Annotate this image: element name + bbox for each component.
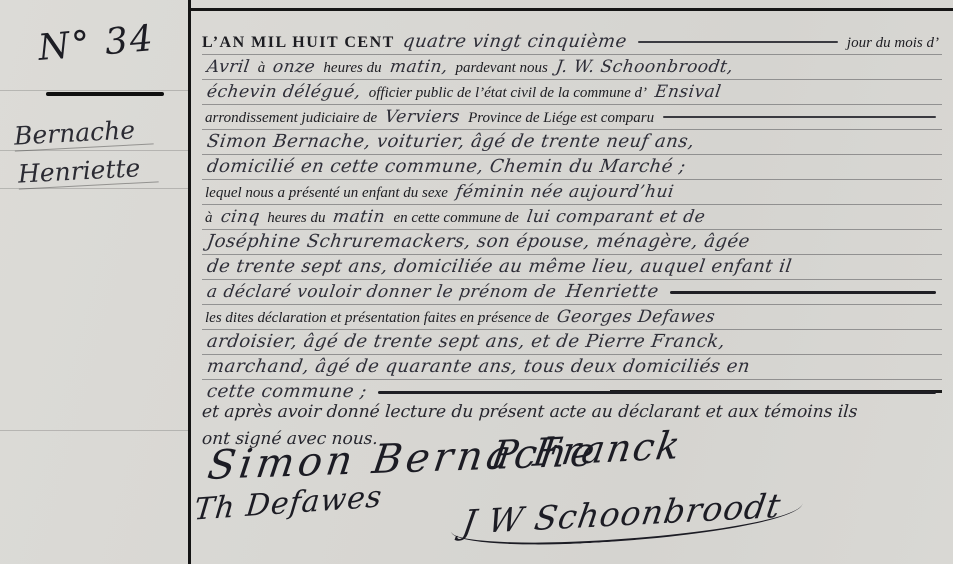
hw-officer-title: échevin délégué, bbox=[200, 80, 367, 104]
fill-stroke bbox=[670, 291, 936, 294]
act-line-officer: échevin délégué, officier public de l’ét… bbox=[202, 80, 942, 105]
hw-commune-name: Ensival bbox=[648, 80, 728, 104]
hw-mother: Joséphine Schruremackers, son épouse, mé… bbox=[200, 230, 756, 254]
printed-at2: à bbox=[202, 206, 216, 230]
signature-witness1: P Franck bbox=[489, 423, 685, 477]
act-body: L’AN MIL HUIT CENT quatre vingt cinquièm… bbox=[202, 30, 942, 404]
hw-officer-name: J. W. Schoonbroodt, bbox=[549, 55, 740, 79]
margin-separator-bar bbox=[46, 92, 164, 96]
hw-year: quatre vingt cinquième bbox=[396, 30, 633, 54]
printed-in-commune: en cette commune de bbox=[390, 206, 521, 230]
hw-child-name: Henriette bbox=[560, 280, 666, 304]
hw-sex-born: féminin née aujourd’hui bbox=[449, 180, 680, 204]
act-line-given-name: a déclaré vouloir donner le prénom de He… bbox=[202, 280, 942, 305]
top-border-rule bbox=[191, 8, 953, 11]
printed-province-appeared: Province de Liége est comparu bbox=[465, 106, 657, 130]
act-number: N° 34 bbox=[36, 16, 179, 69]
signature-officer: J W Schoonbroodt bbox=[448, 485, 806, 551]
printed-officer-public: officier public de l’état civil de la co… bbox=[366, 81, 650, 105]
hw-witness1-name: Georges Defawes bbox=[550, 305, 721, 329]
printed-witness-intro: les dites déclaration et présentation fa… bbox=[202, 306, 552, 330]
printed-before-us: pardevant nous bbox=[452, 56, 550, 80]
margin-surname: Bernache bbox=[13, 114, 153, 151]
fill-stroke bbox=[663, 116, 936, 118]
act-line-year: L’AN MIL HUIT CENT quatre vingt cinquièm… bbox=[202, 30, 942, 55]
hw-birth-morning: matin bbox=[327, 205, 392, 229]
act-line-witness2: marchand, âgé de quarante ans, tous deux… bbox=[202, 355, 942, 380]
hw-declarant-address: domicilié en cette commune, Chemin du Ma… bbox=[200, 155, 692, 179]
act-line-mother: Joséphine Schruremackers, son épouse, mé… bbox=[202, 230, 942, 255]
act-line-declarant-address: domicilié en cette commune, Chemin du Ma… bbox=[202, 155, 942, 180]
fill-stroke bbox=[378, 391, 936, 394]
hw-declared-name-label: a déclaré vouloir donner le prénom de bbox=[200, 280, 563, 304]
act-line-declarant: Simon Bernache, voiturier, âgé de trente… bbox=[202, 130, 942, 155]
act-line-witness1: ardoisier, âgé de trente sept ans, et de… bbox=[202, 330, 942, 355]
hw-witness1-details: ardoisier, âgé de trente sept ans, et de… bbox=[200, 330, 731, 354]
printed-day-label: jour du mois d’ bbox=[844, 31, 942, 55]
fill-stroke bbox=[638, 41, 838, 43]
margin-firstname: Henriette bbox=[17, 152, 159, 189]
act-line-date-time: Avril à onze heures du matin, pardevant … bbox=[202, 55, 942, 80]
printed-judicial-district: arrondissement judiciaire de bbox=[202, 106, 380, 130]
hw-declarant: Simon Bernache, voiturier, âgé de trente… bbox=[200, 130, 701, 154]
printed-hours: heures du bbox=[320, 56, 384, 80]
hw-morning: matin, bbox=[383, 55, 454, 79]
hw-mother-age: de trente sept ans, domiciliée au même l… bbox=[200, 255, 798, 279]
hw-hour: onze bbox=[267, 55, 323, 79]
printed-year-prefix: L’AN MIL HUIT CENT bbox=[202, 31, 398, 55]
civil-register-scan: N° 34 Bernache Henriette L’AN MIL HUIT C… bbox=[0, 0, 953, 564]
printed-hours2: heures du bbox=[264, 206, 328, 230]
act-line-child-sex: lequel nous a présenté un enfant du sexe… bbox=[202, 180, 942, 205]
hw-birth-hour: cinq bbox=[214, 205, 266, 229]
margin-divider-rule bbox=[188, 0, 191, 564]
act-line-mother-age: de trente sept ans, domiciliée au même l… bbox=[202, 255, 942, 280]
hw-of-declarant: lui comparant et de bbox=[520, 205, 712, 229]
act-line-birth-time: à cinq heures du matin en cette commune … bbox=[202, 205, 942, 230]
act-line-district: arrondissement judiciaire de Verviers Pr… bbox=[202, 105, 942, 130]
hw-witness2-details: marchand, âgé de quarante ans, tous deux… bbox=[200, 355, 756, 379]
act-line-witness-intro: les dites déclaration et présentation fa… bbox=[202, 305, 942, 330]
hw-month: Avril bbox=[200, 55, 256, 79]
closing-line-1: et après avoir donné lecture du présent … bbox=[201, 399, 933, 426]
margin-guide-line bbox=[0, 430, 188, 431]
hw-district-name: Verviers bbox=[379, 105, 467, 129]
margin-guide-line bbox=[0, 90, 188, 91]
printed-presented-child: lequel nous a présenté un enfant du sexe bbox=[202, 181, 451, 205]
